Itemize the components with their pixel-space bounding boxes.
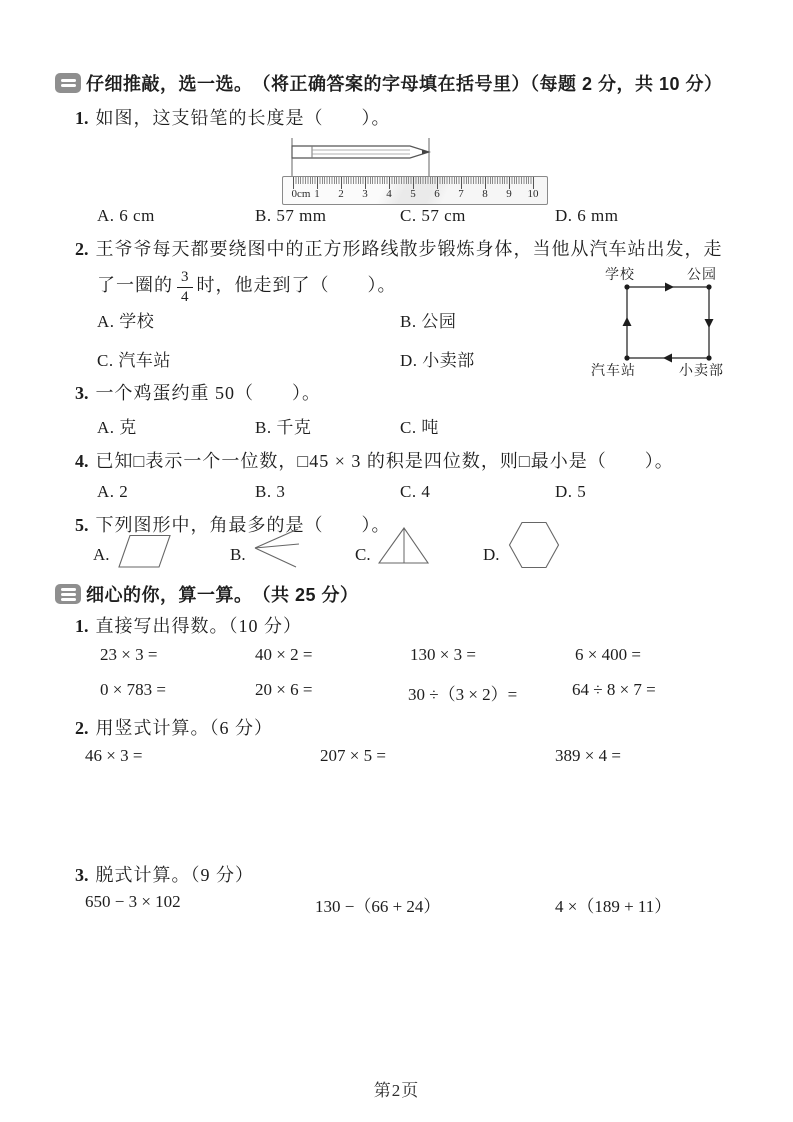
section-2-header: 细心的你，算一算。 （共 25 分） xyxy=(55,581,359,607)
expression: 650 − 3 × 102 xyxy=(85,892,181,912)
expression: 20 × 6 = xyxy=(255,680,312,700)
option-c-letter: C. xyxy=(355,545,371,565)
option-d: D. 小卖部 xyxy=(400,346,475,371)
expression: 64 ÷ 8 × 7 = xyxy=(572,680,656,700)
question-1-text: 如图，这支铅笔的长度是（ ）。 xyxy=(96,108,391,128)
fraction-denominator: 4 xyxy=(177,288,193,305)
calc-question-2: 2.用竖式计算。（6 分） xyxy=(75,714,273,740)
question-3-options: A. 克 B. 千克 C. 吨 xyxy=(0,413,793,437)
expression: 207 × 5 = xyxy=(320,746,386,766)
ruler-label: 2 xyxy=(338,188,344,200)
three-rays-shape xyxy=(254,528,300,568)
question-1-number: 1. xyxy=(75,108,89,128)
oral-calc-row-1: 23 × 3 = 40 × 2 = 130 × 3 = 6 × 400 = xyxy=(0,645,793,669)
diagram-label-school: 学校 xyxy=(605,264,635,284)
calc-question-2-number: 2. xyxy=(75,718,89,738)
section-2-title: 细心的你，算一算。 xyxy=(86,581,253,607)
option-b: B. 57 mm xyxy=(255,206,327,226)
section-1-note: （将正确答案的字母填在括号里）（每题 2 分，共 10 分） xyxy=(253,70,723,96)
hexagon-shape xyxy=(506,521,560,569)
option-a: A. 6 cm xyxy=(97,206,155,226)
test-paper-page: 仔细推敲，选一选。 （将正确答案的字母填在括号里）（每题 2 分，共 10 分）… xyxy=(0,0,793,1122)
section-2-note: （共 25 分） xyxy=(253,581,359,607)
question-2-options-row2: C. 汽车站 D. 小卖部 xyxy=(0,346,793,370)
question-2-line2: 了一圈的34时，他走到了（ ）。 xyxy=(97,270,397,305)
option-c: C. 4 xyxy=(400,482,430,502)
badge-bar xyxy=(61,588,76,591)
calc-question-3-text: 脱式计算。（9 分） xyxy=(96,865,255,885)
diagram-label-park: 公园 xyxy=(687,264,717,284)
option-c: C. 57 cm xyxy=(400,206,466,226)
expression: 0 × 783 = xyxy=(100,680,166,700)
parallelogram-shape xyxy=(117,533,173,570)
option-b: B. 公园 xyxy=(400,307,456,332)
question-5-options: A. B. C. D. xyxy=(0,518,793,576)
badge-bar xyxy=(61,84,76,87)
expression: 40 × 2 = xyxy=(255,645,312,665)
calc-question-1-number: 1. xyxy=(75,616,89,636)
ruler-label: 9 xyxy=(506,188,512,200)
ruler-label: 7 xyxy=(458,188,464,200)
option-c: C. 吨 xyxy=(400,413,439,438)
question-2-text-post: 时，他走到了（ ）。 xyxy=(197,275,397,295)
option-b: B. 3 xyxy=(255,482,285,502)
option-d: D. 5 xyxy=(555,482,586,502)
expression: 389 × 4 = xyxy=(555,746,621,766)
option-b: B. 千克 xyxy=(255,413,311,438)
expression: 4 ×（189 + 11） xyxy=(555,892,671,917)
option-d-letter: D. xyxy=(483,545,500,565)
option-a: A. 学校 xyxy=(97,307,154,332)
badge-bar xyxy=(61,598,76,601)
ruler-label: 0cm xyxy=(292,188,311,200)
stepwise-calc-row: 650 − 3 × 102 130 −（66 + 24） 4 ×（189 + 1… xyxy=(0,892,793,916)
question-2-text-pre: 了一圈的 xyxy=(97,275,173,295)
ruler-label: 5 xyxy=(410,188,416,200)
option-a: A. 2 xyxy=(97,482,128,502)
question-4-options: A. 2 B. 3 C. 4 D. 5 xyxy=(0,482,793,506)
badge-bar xyxy=(61,593,76,596)
page-number: 第2页 xyxy=(0,1076,793,1101)
question-1: 1.如图，这支铅笔的长度是（ ）。 xyxy=(75,104,391,130)
ruler-label: 4 xyxy=(386,188,392,200)
ruler-label: 1 xyxy=(314,188,320,200)
pencil-drawing xyxy=(282,136,546,176)
pencil-ruler-figure: 0cm 1 2 3 4 5 6 7 8 9 10 xyxy=(282,136,550,206)
section-1-header: 仔细推敲，选一选。 （将正确答案的字母填在括号里）（每题 2 分，共 10 分） xyxy=(55,70,723,96)
oral-calc-row-2: 0 × 783 = 20 × 6 = 30 ÷（3 × 2）= 64 ÷ 8 ×… xyxy=(0,680,793,704)
calc-question-2-text: 用竖式计算。（6 分） xyxy=(96,718,274,738)
option-d: D. 6 mm xyxy=(555,206,618,226)
fraction-three-fourths: 34 xyxy=(177,270,193,305)
calc-question-3: 3.脱式计算。（9 分） xyxy=(75,861,254,887)
calc-question-1-text: 直接写出得数。（10 分） xyxy=(96,616,303,636)
ruler-label: 8 xyxy=(482,188,488,200)
vertical-calc-row: 46 × 3 = 207 × 5 = 389 × 4 = xyxy=(0,746,793,770)
ruler-label: 10 xyxy=(528,188,539,200)
option-a: A. 克 xyxy=(97,413,137,438)
question-1-options: A. 6 cm B. 57 mm C. 57 cm D. 6 mm xyxy=(0,206,793,230)
question-4-text: 已知□表示一个一位数，□45 × 3 的积是四位数，则□最小是（ ）。 xyxy=(96,451,674,471)
expression: 6 × 400 = xyxy=(575,645,641,665)
option-a-letter: A. xyxy=(93,545,110,565)
question-4: 4.已知□表示一个一位数，□45 × 3 的积是四位数，则□最小是（ ）。 xyxy=(75,447,674,473)
expression: 46 × 3 = xyxy=(85,746,142,766)
ruler-label: 6 xyxy=(434,188,440,200)
calc-question-1: 1.直接写出得数。（10 分） xyxy=(75,612,302,638)
section-two-icon xyxy=(55,73,81,93)
expression: 130 × 3 = xyxy=(410,645,476,665)
question-3-text: 一个鸡蛋约重 50（ ）。 xyxy=(96,383,322,403)
section-three-icon xyxy=(55,584,81,604)
triangle-with-altitude-shape xyxy=(378,527,430,565)
question-3: 3.一个鸡蛋约重 50（ ）。 xyxy=(75,379,321,405)
fraction-numerator: 3 xyxy=(177,270,193,288)
badge-bar xyxy=(61,79,76,82)
ruler-label: 3 xyxy=(362,188,368,200)
expression: 130 −（66 + 24） xyxy=(315,892,440,917)
expression: 23 × 3 = xyxy=(100,645,157,665)
question-4-number: 4. xyxy=(75,451,89,471)
calc-question-3-number: 3. xyxy=(75,865,89,885)
ruler: 0cm 1 2 3 4 5 6 7 8 9 10 xyxy=(282,176,548,205)
question-3-number: 3. xyxy=(75,383,89,403)
section-1-title: 仔细推敲，选一选。 xyxy=(86,70,253,96)
question-2-options-row1: A. 学校 B. 公园 xyxy=(0,307,793,331)
expression: 30 ÷（3 × 2）= xyxy=(408,680,517,705)
option-b-letter: B. xyxy=(230,545,246,565)
question-2-number: 2. xyxy=(75,239,89,259)
option-c: C. 汽车站 xyxy=(97,346,171,371)
